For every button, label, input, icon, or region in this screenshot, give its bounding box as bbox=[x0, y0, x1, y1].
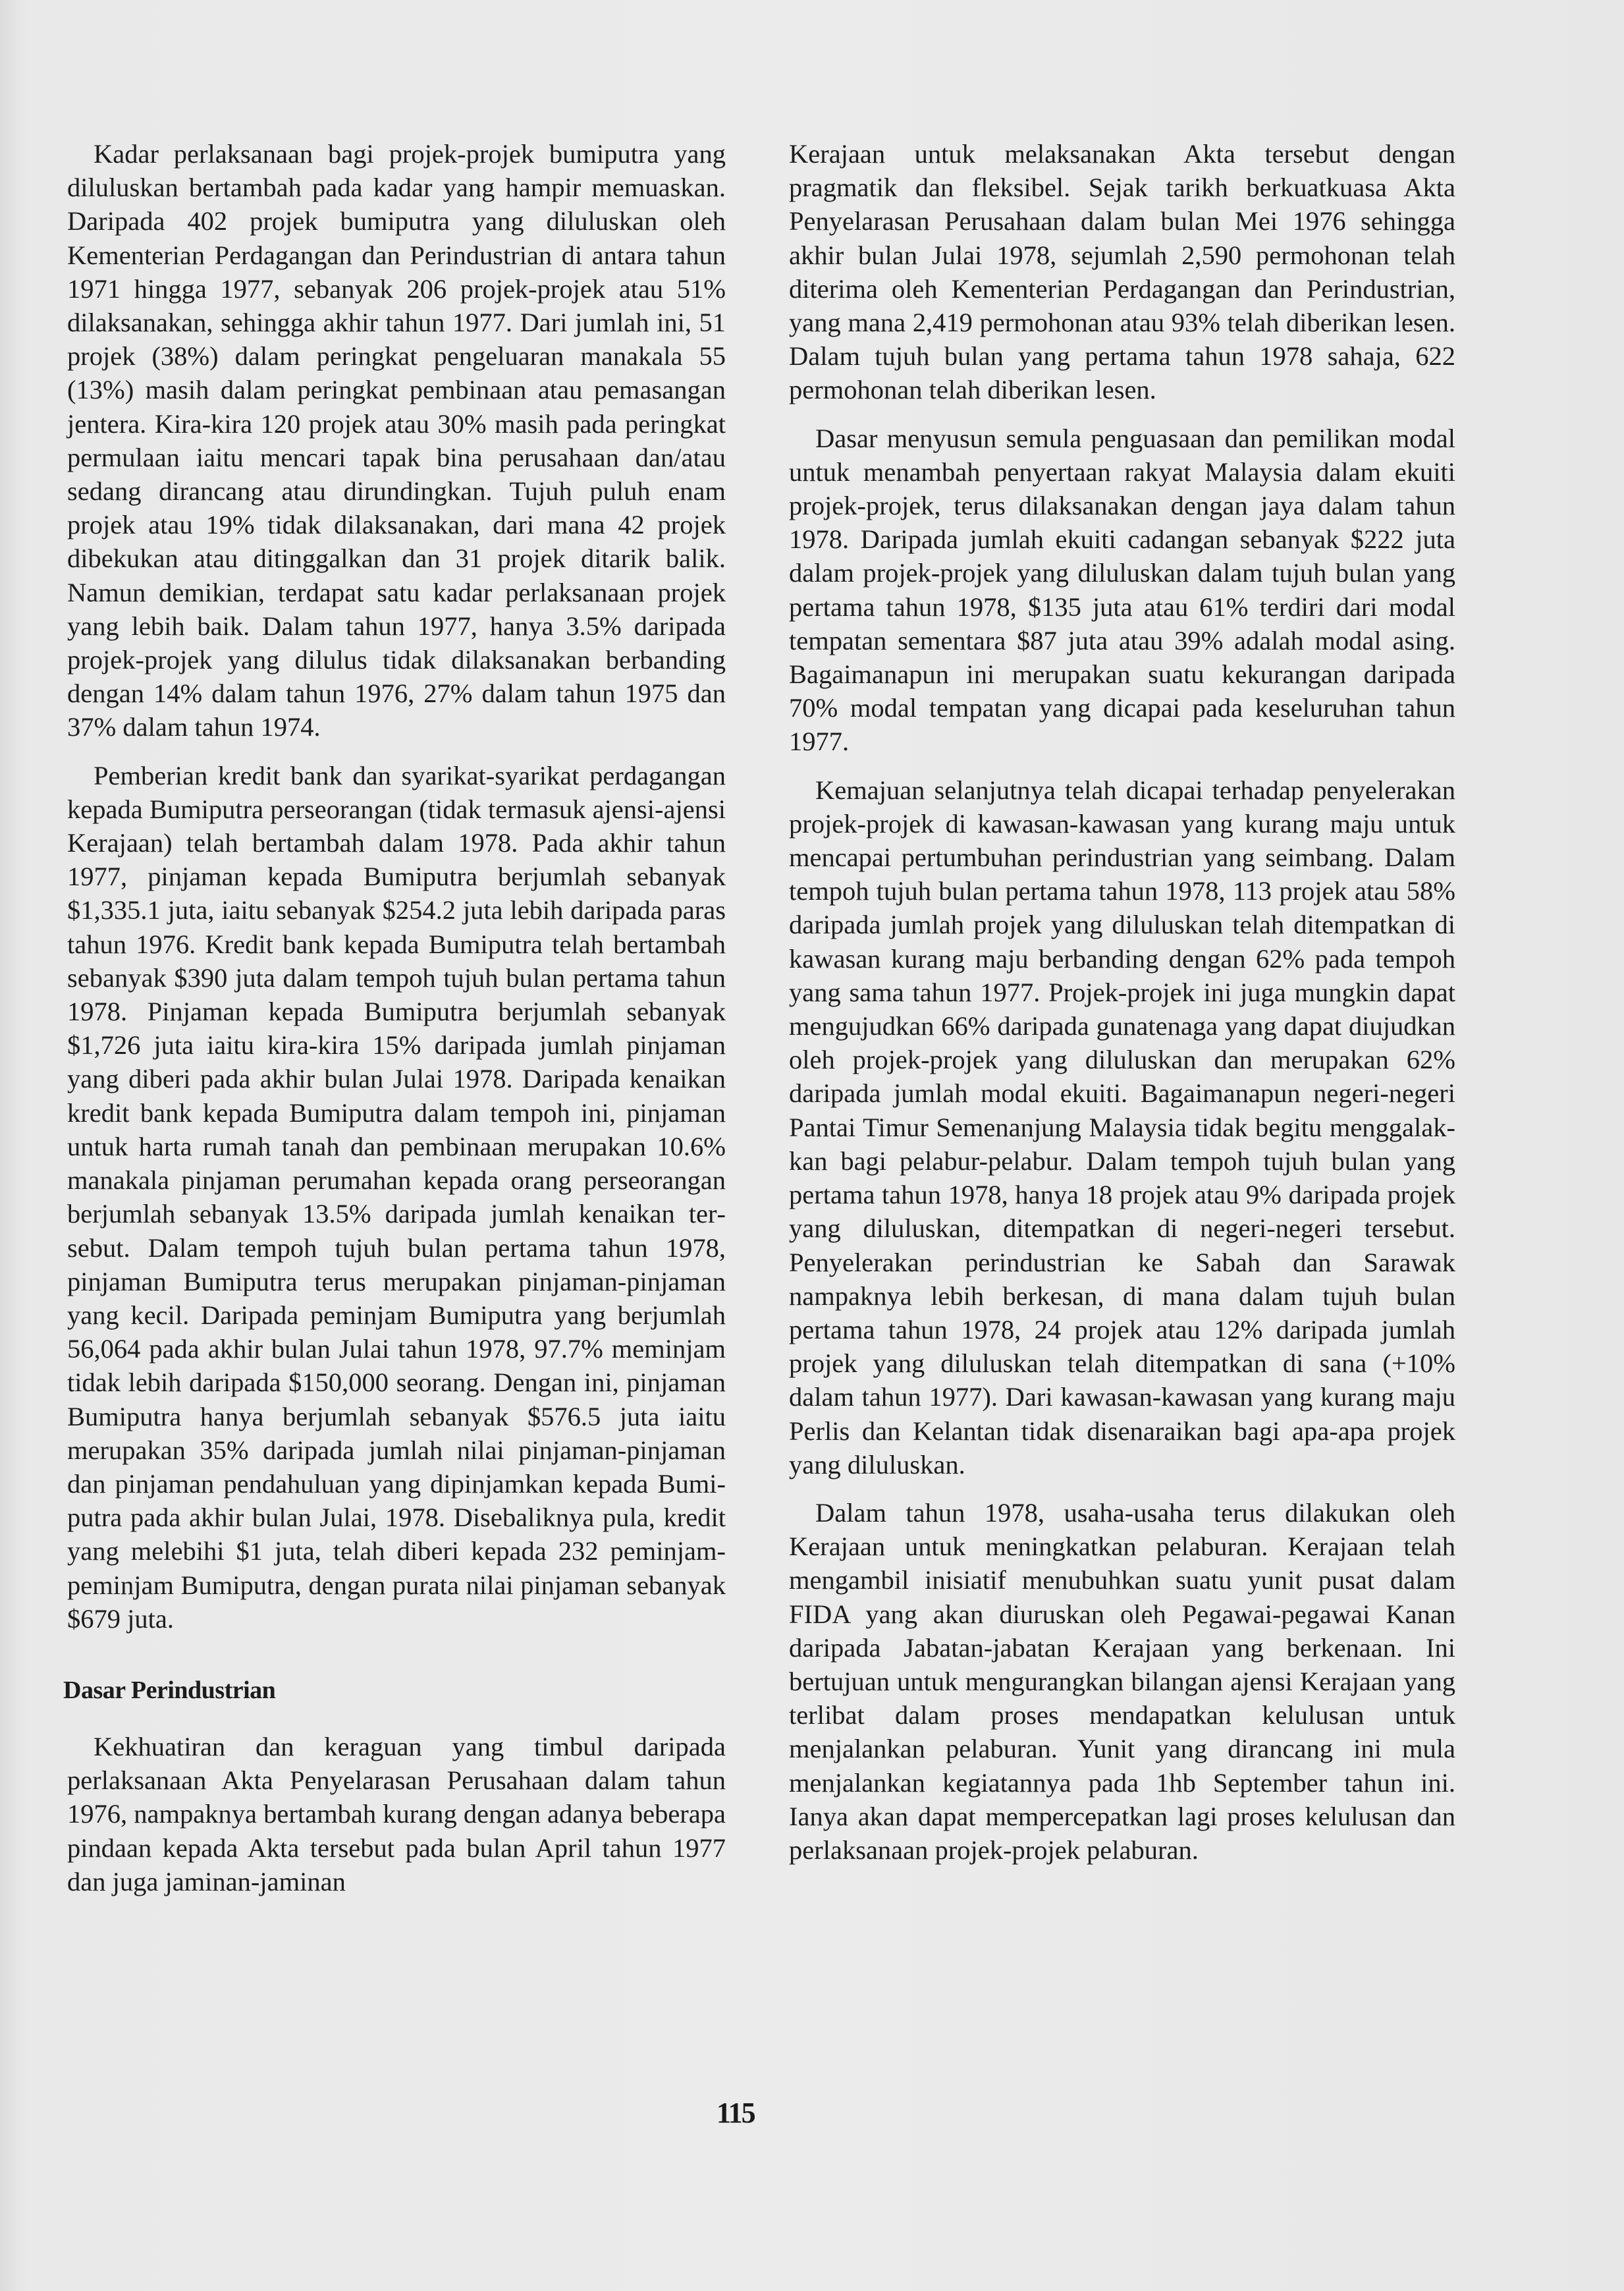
page-number: 115 bbox=[717, 2096, 755, 2130]
paragraph-bank-credit: Pemberian kredit bank dan syarikat-syari… bbox=[67, 759, 726, 1636]
right-text-column: Kerajaan untuk melaksanakan Akta tersebu… bbox=[789, 137, 1455, 1881]
paragraph-project-implementation: Kadar perlaksanaan bagi projek-projek bu… bbox=[67, 137, 726, 744]
paragraph-investment-promotion: Dalam tahun 1978, usaha-usaha terus dila… bbox=[789, 1496, 1455, 1867]
left-text-column: Kadar perlaksanaan bagi projek-projek bu… bbox=[67, 137, 726, 1913]
paragraph-ica-continuation: Kerajaan untuk melaksanakan Akta tersebu… bbox=[789, 137, 1455, 407]
paragraph-regional-dispersal: Kemajuan selanjutnya telah dicapai terha… bbox=[789, 773, 1455, 1481]
paragraph-ica-concerns: Kekhuatiran dan keraguan yang timbul dar… bbox=[67, 1730, 726, 1898]
section-heading-industrial-policy: Dasar Perindustrian bbox=[63, 1674, 726, 1707]
document-page: Kadar perlaksanaan bagi projek-projek bu… bbox=[0, 0, 1624, 2291]
paragraph-equity-restructuring: Dasar menyusun semula penguasaan dan pem… bbox=[789, 422, 1455, 759]
